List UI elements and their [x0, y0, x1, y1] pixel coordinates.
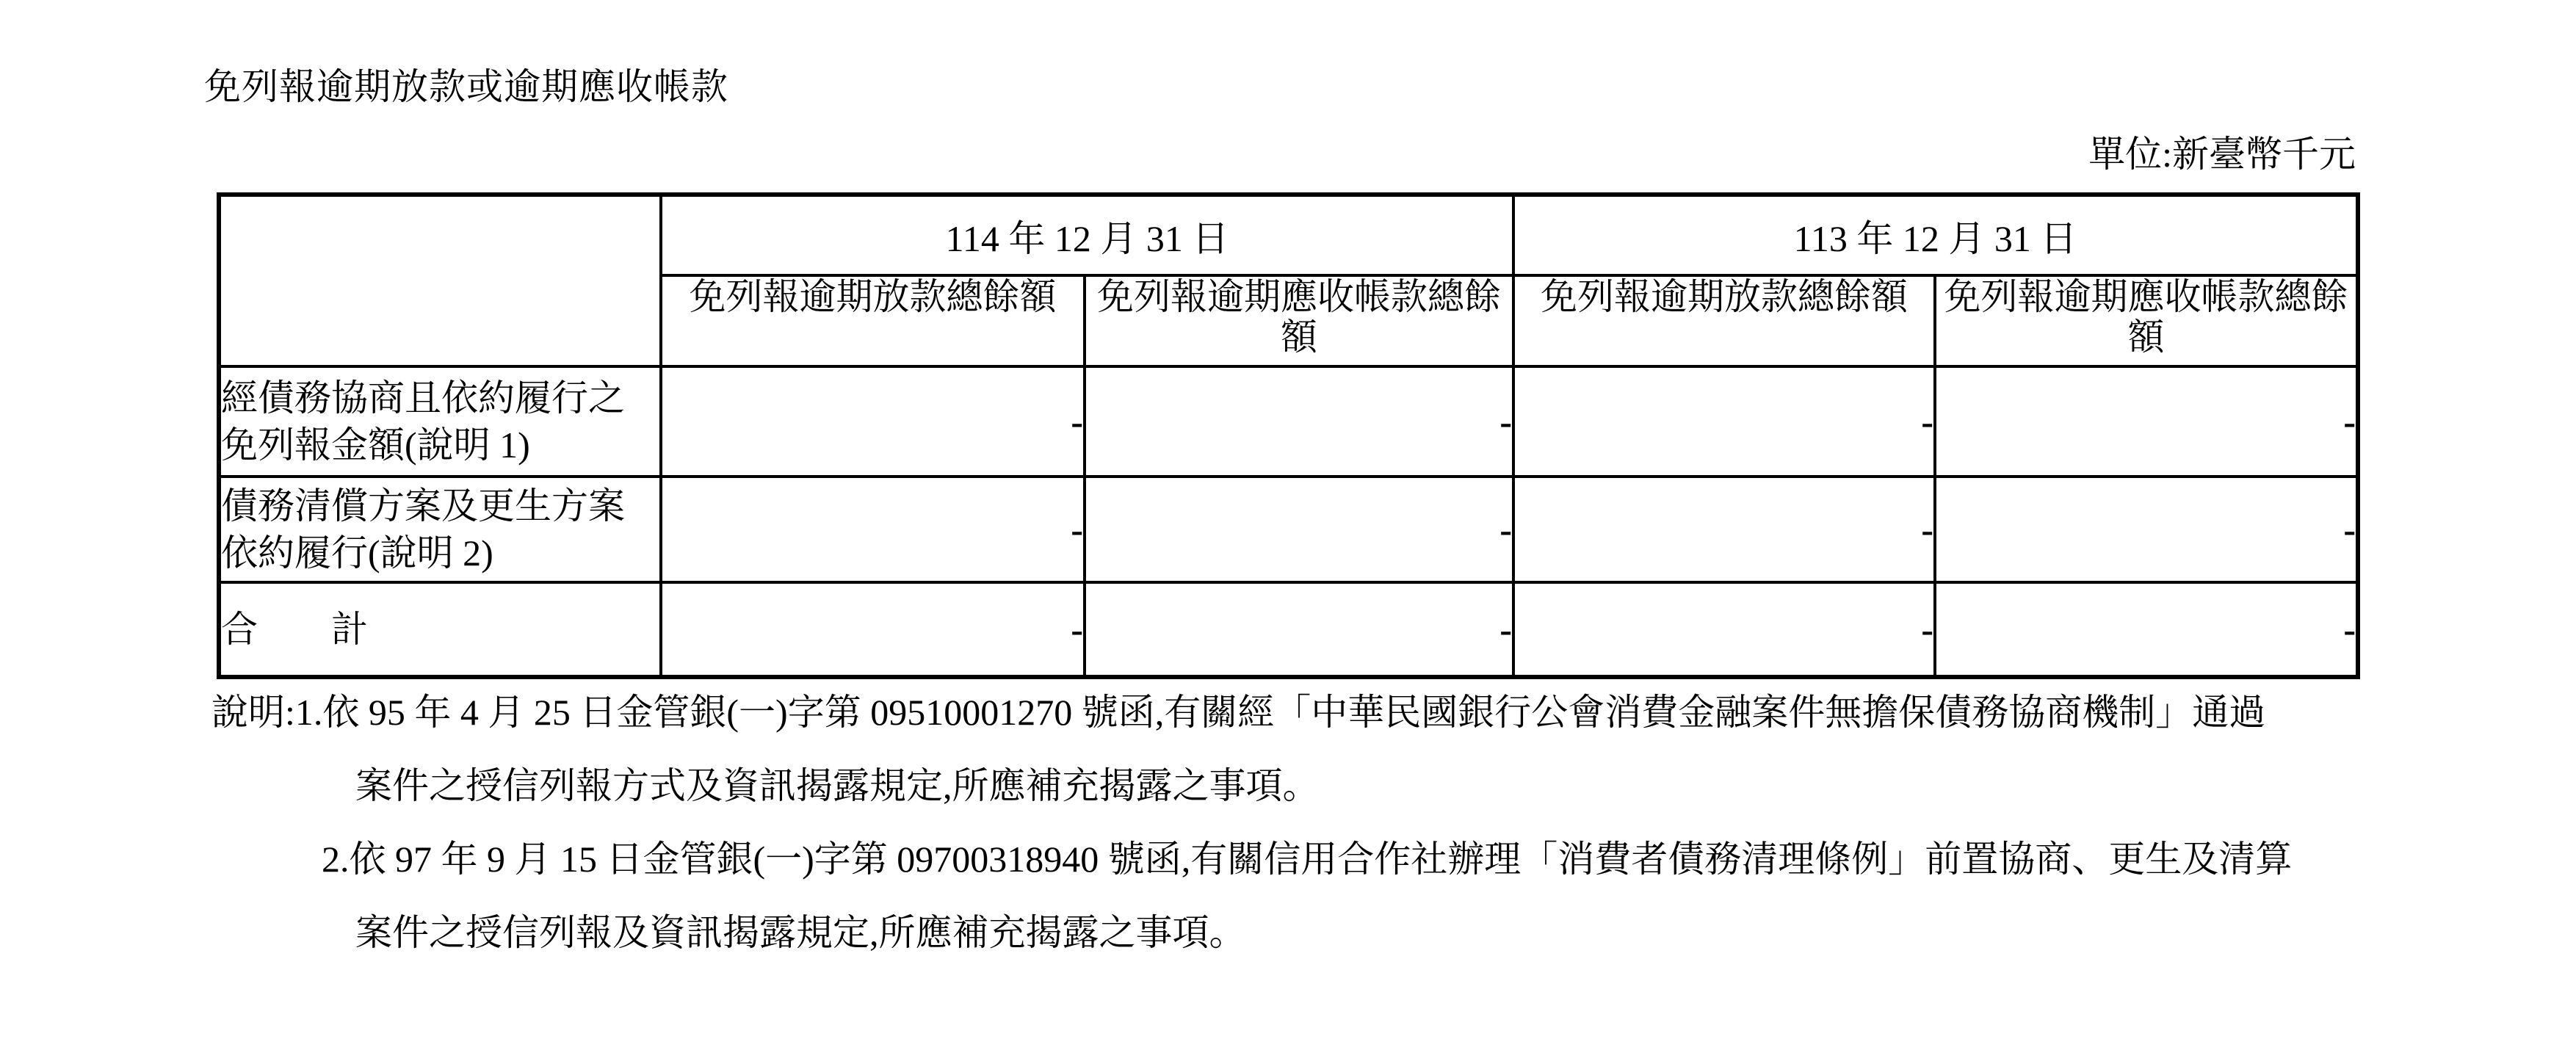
- value-cell: -: [1513, 366, 1935, 477]
- total-row: 合 計 - - - -: [219, 582, 2358, 677]
- table-row: 債務清償方案及更生方案 依約履行(說明 2) - - - -: [219, 477, 2358, 582]
- period-header-cell: 113 年 12 月 31 日: [1513, 195, 2358, 275]
- value-cell: -: [1085, 582, 1513, 677]
- note-line: 2.依 97 年 9 月 15 日金管銀(一)字第 09700318940 號函…: [322, 822, 2292, 896]
- page-title: 免列報逾期放款或逾期應收帳款: [204, 65, 728, 109]
- document-page: 免列報逾期放款或逾期應收帳款 單位:新臺幣千元 114 年 12 月 31 日 …: [0, 0, 2576, 1039]
- period-header-row: 114 年 12 月 31 日 113 年 12 月 31 日: [219, 195, 2358, 275]
- measure-header-cell: 免列報逾期應收帳款總餘 額: [1085, 275, 1513, 366]
- measure-header-cell: 免列報逾期放款總餘額: [1513, 275, 1935, 366]
- exempt-overdue-table: 114 年 12 月 31 日 113 年 12 月 31 日 免列報逾期放款總…: [217, 192, 2360, 679]
- value-cell: -: [1935, 477, 2358, 582]
- value-cell: -: [1935, 366, 2358, 477]
- period-header-cell: 114 年 12 月 31 日: [661, 195, 1513, 275]
- notes-section: 說明:1.依 95 年 4 月 25 日金管銀(一)字第 09510001270…: [211, 676, 2292, 969]
- note-line: 案件之授信列報方式及資訊揭露規定,所應補充揭露之事項。: [355, 749, 2292, 822]
- corner-cell: [219, 195, 661, 366]
- row-label-cell: 合 計: [219, 582, 661, 677]
- note-line: 案件之授信列報及資訊揭露規定,所應補充揭露之事項。: [355, 896, 2292, 969]
- row-label-cell: 經債務協商且依約履行之 免列報金額(說明 1): [219, 366, 661, 477]
- value-cell: -: [1085, 366, 1513, 477]
- value-cell: -: [1513, 477, 1935, 582]
- measure-header-cell: 免列報逾期放款總餘額: [661, 275, 1085, 366]
- row-label-cell: 債務清償方案及更生方案 依約履行(說明 2): [219, 477, 661, 582]
- table-row: 經債務協商且依約履行之 免列報金額(說明 1) - - - -: [219, 366, 2358, 477]
- value-cell: -: [661, 582, 1085, 677]
- note-line: 說明:1.依 95 年 4 月 25 日金管銀(一)字第 09510001270…: [211, 676, 2292, 749]
- measure-header-cell: 免列報逾期應收帳款總餘 額: [1935, 275, 2358, 366]
- value-cell: -: [661, 477, 1085, 582]
- value-cell: -: [1513, 582, 1935, 677]
- value-cell: -: [1085, 477, 1513, 582]
- value-cell: -: [1935, 582, 2358, 677]
- unit-label: 單位:新臺幣千元: [2088, 132, 2356, 176]
- value-cell: -: [661, 366, 1085, 477]
